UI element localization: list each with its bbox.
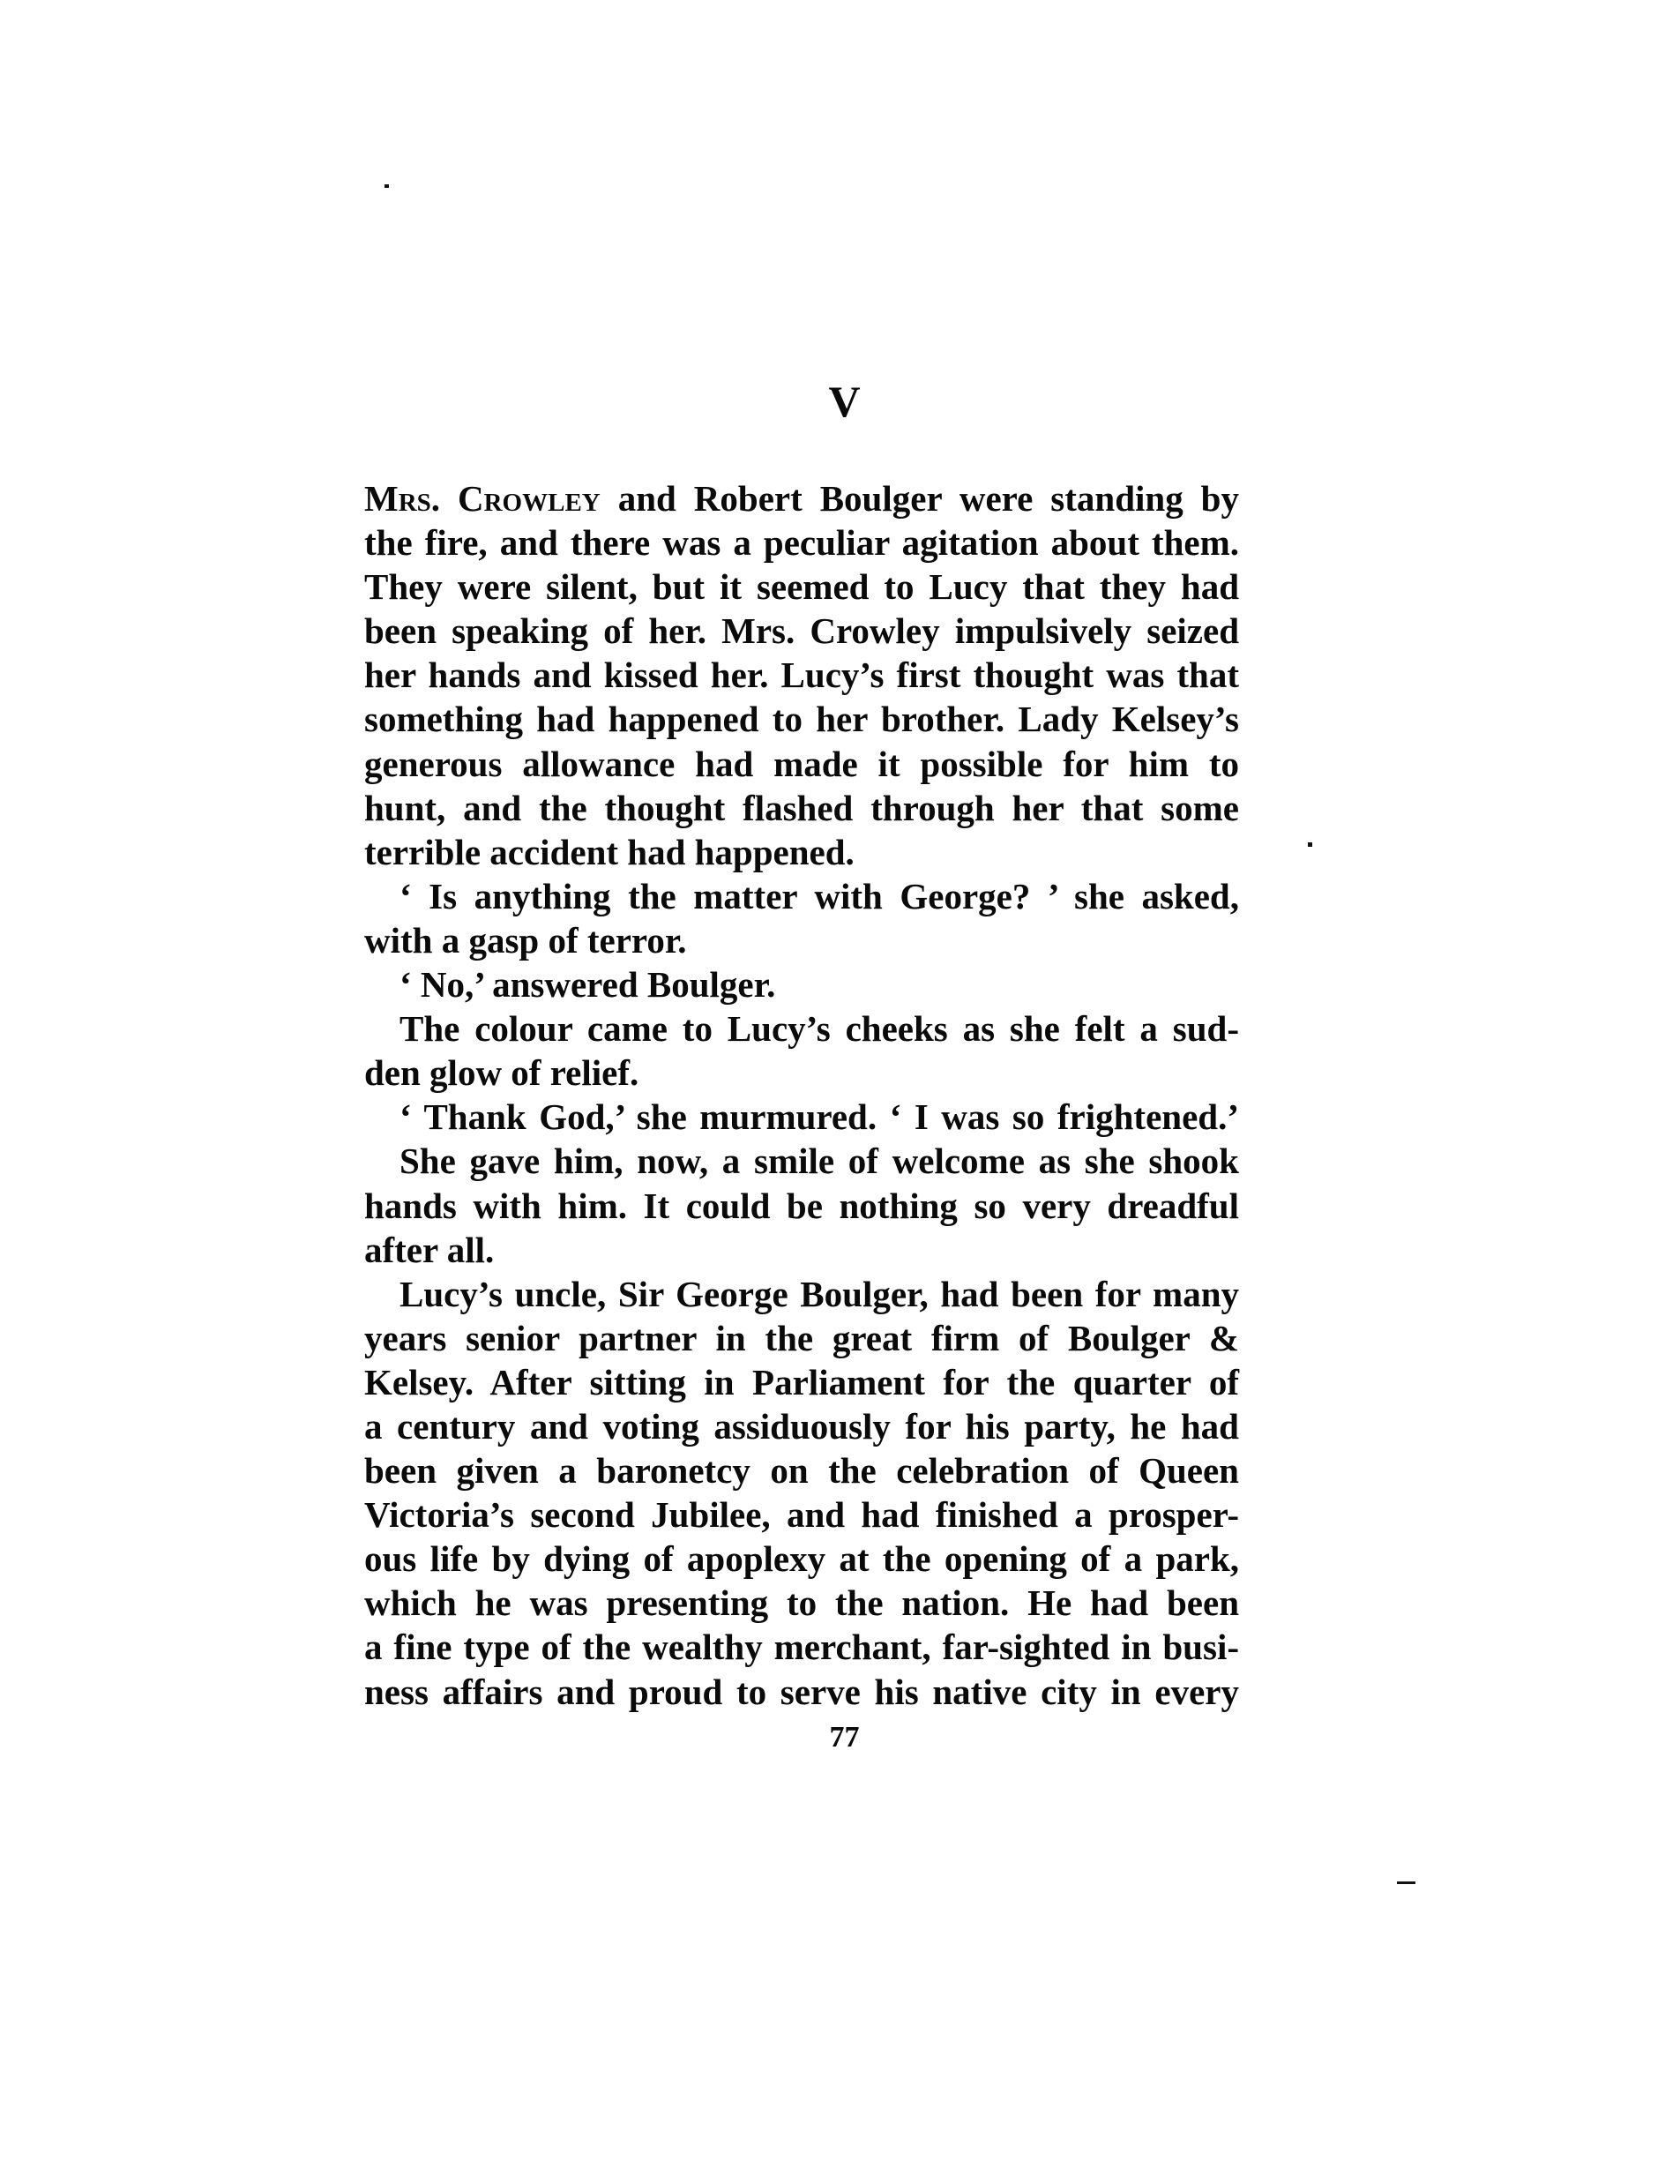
text-line: ‘ No,’ answered Boulger.	[364, 962, 1239, 1006]
text-line: after all.	[364, 1228, 1239, 1272]
text-line: The colour came to Lucy’s cheeks as she …	[364, 1006, 1239, 1051]
text-line: ness affairs and proud to serve his nati…	[364, 1670, 1239, 1714]
text-line: She gave him, now, a smile of welcome as…	[364, 1139, 1239, 1183]
text-line: terrible accident had happened.	[364, 830, 1239, 874]
book-page: V Mrs. Crowley and Robert Boulger were s…	[0, 0, 1680, 2184]
chapter-heading: V	[0, 375, 1680, 428]
page-number: 77	[0, 1720, 1680, 1755]
text-line: generous allowance had made it possible …	[364, 742, 1239, 786]
scan-speck	[1397, 1881, 1415, 1884]
text-line: a fine type of the wealthy merchant, far…	[364, 1625, 1239, 1669]
text-line: They were silent, but it seemed to Lucy …	[364, 565, 1239, 609]
text-line: Mrs. Crowley and Robert Boulger were sta…	[364, 476, 1239, 520]
scan-speck	[1308, 842, 1312, 847]
text-line: a century and voting assiduously for his…	[364, 1404, 1239, 1448]
character-name-smallcaps: Mrs. Crowley	[364, 478, 618, 519]
body-text: Mrs. Crowley and Robert Boulger were sta…	[364, 476, 1239, 1714]
text-line: Victoria’s second Jubilee, and had finis…	[364, 1492, 1239, 1537]
text-line: been speaking of her. Mrs. Crowley impul…	[364, 609, 1239, 653]
text-line: been given a baronetcy on the celebratio…	[364, 1448, 1239, 1492]
text-line: Kelsey. After sitting in Parliament for …	[364, 1360, 1239, 1404]
text-line: ‘ Is anything the matter with George? ’ …	[364, 874, 1239, 918]
text-line: hands with him. It could be nothing so v…	[364, 1184, 1239, 1228]
text-line: which he was presenting to the nation. H…	[364, 1581, 1239, 1625]
text-line: her hands and kissed her. Lucy’s first t…	[364, 653, 1239, 697]
line-text: and Robert Boulger were standing by	[618, 478, 1239, 519]
text-line: ous life by dying of apoplexy at the ope…	[364, 1537, 1239, 1581]
text-line: hunt, and the thought flashed through he…	[364, 786, 1239, 830]
text-line: den glow of relief.	[364, 1051, 1239, 1095]
text-line: ‘ Thank God,’ she murmured. ‘ I was so f…	[364, 1095, 1239, 1139]
scan-speck	[385, 184, 389, 188]
text-line: something had happened to her brother. L…	[364, 697, 1239, 741]
text-line: the fire, and there was a peculiar agita…	[364, 520, 1239, 565]
text-line: years senior partner in the great firm o…	[364, 1316, 1239, 1360]
text-line: with a gasp of terror.	[364, 918, 1239, 962]
text-line: Lucy’s uncle, Sir George Boulger, had be…	[364, 1272, 1239, 1316]
